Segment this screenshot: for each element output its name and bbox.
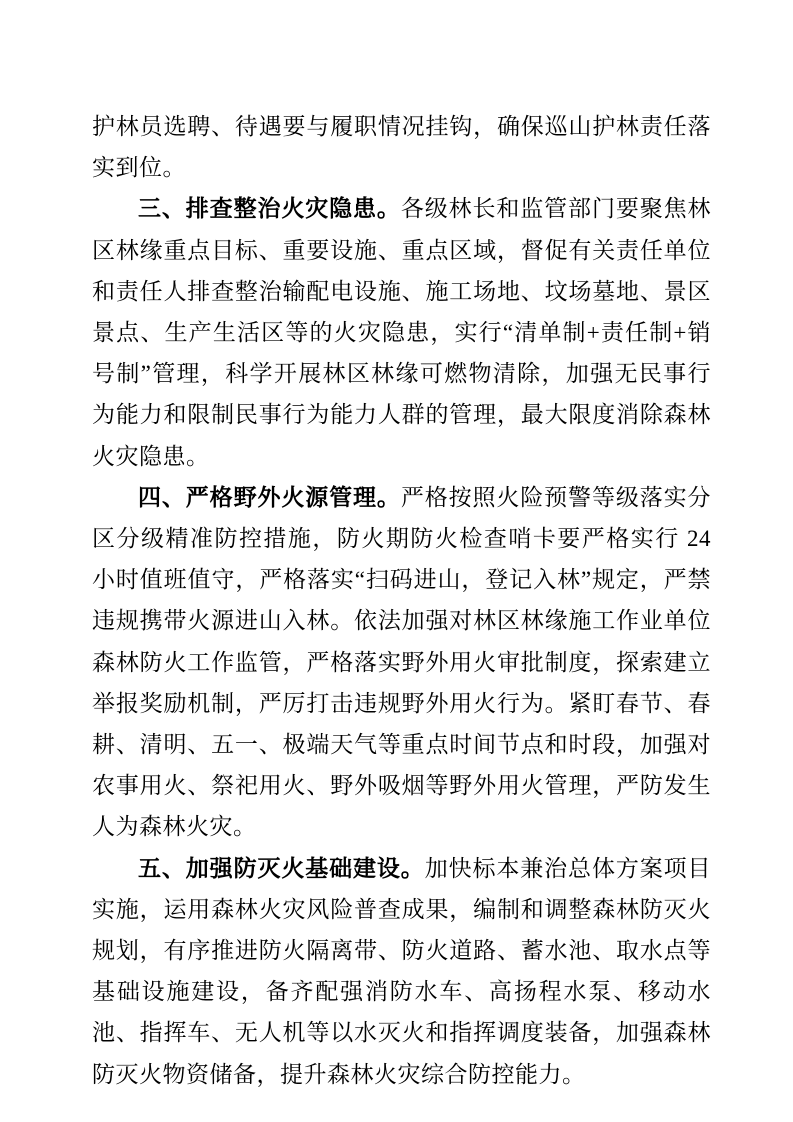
paragraph-text: 加快标本兼治总体方案项目实施，运用森林火灾风险普查成果，编制和调整森林防灭火规划… xyxy=(92,856,711,1087)
document-page: 护林员选聘、待遇要与履职情况挂钩，确保巡山护林责任落实到位。 三、排查整治火灾隐… xyxy=(0,0,793,1122)
paragraph-text: 严格按照火险预警等级落实分区分级精准防控措施，防火期防火检查哨卡要严格实行 24… xyxy=(92,485,711,840)
section-five-heading: 五、加强防灭火基础建设。 xyxy=(138,855,425,881)
paragraph-continuation: 护林员选聘、待遇要与履职情况挂钩，确保巡山护林责任落实到位。 xyxy=(92,106,711,188)
section-three-heading: 三、排查整治火灾隐患。 xyxy=(138,195,401,221)
section-four-heading: 四、严格野外火源管理。 xyxy=(138,484,401,510)
paragraph-text: 护林员选聘、待遇要与履职情况挂钩，确保巡山护林责任落实到位。 xyxy=(92,114,711,180)
paragraph-text: 各级林长和监管部门要聚焦林区林缘重点目标、重要设施、重点区域，督促有关责任单位和… xyxy=(92,196,711,468)
paragraph-section-three: 三、排查整治火灾隐患。各级林长和监管部门要聚焦林区林缘重点目标、重要设施、重点区… xyxy=(92,188,711,476)
paragraph-section-five: 五、加强防灭火基础建设。加快标本兼治总体方案项目实施，运用森林火灾风险普查成果，… xyxy=(92,848,711,1095)
paragraph-section-four: 四、严格野外火源管理。严格按照火险预警等级落实分区分级精准防控措施，防火期防火检… xyxy=(92,477,711,848)
document-content: 护林员选聘、待遇要与履职情况挂钩，确保巡山护林责任落实到位。 三、排查整治火灾隐… xyxy=(92,106,711,1095)
